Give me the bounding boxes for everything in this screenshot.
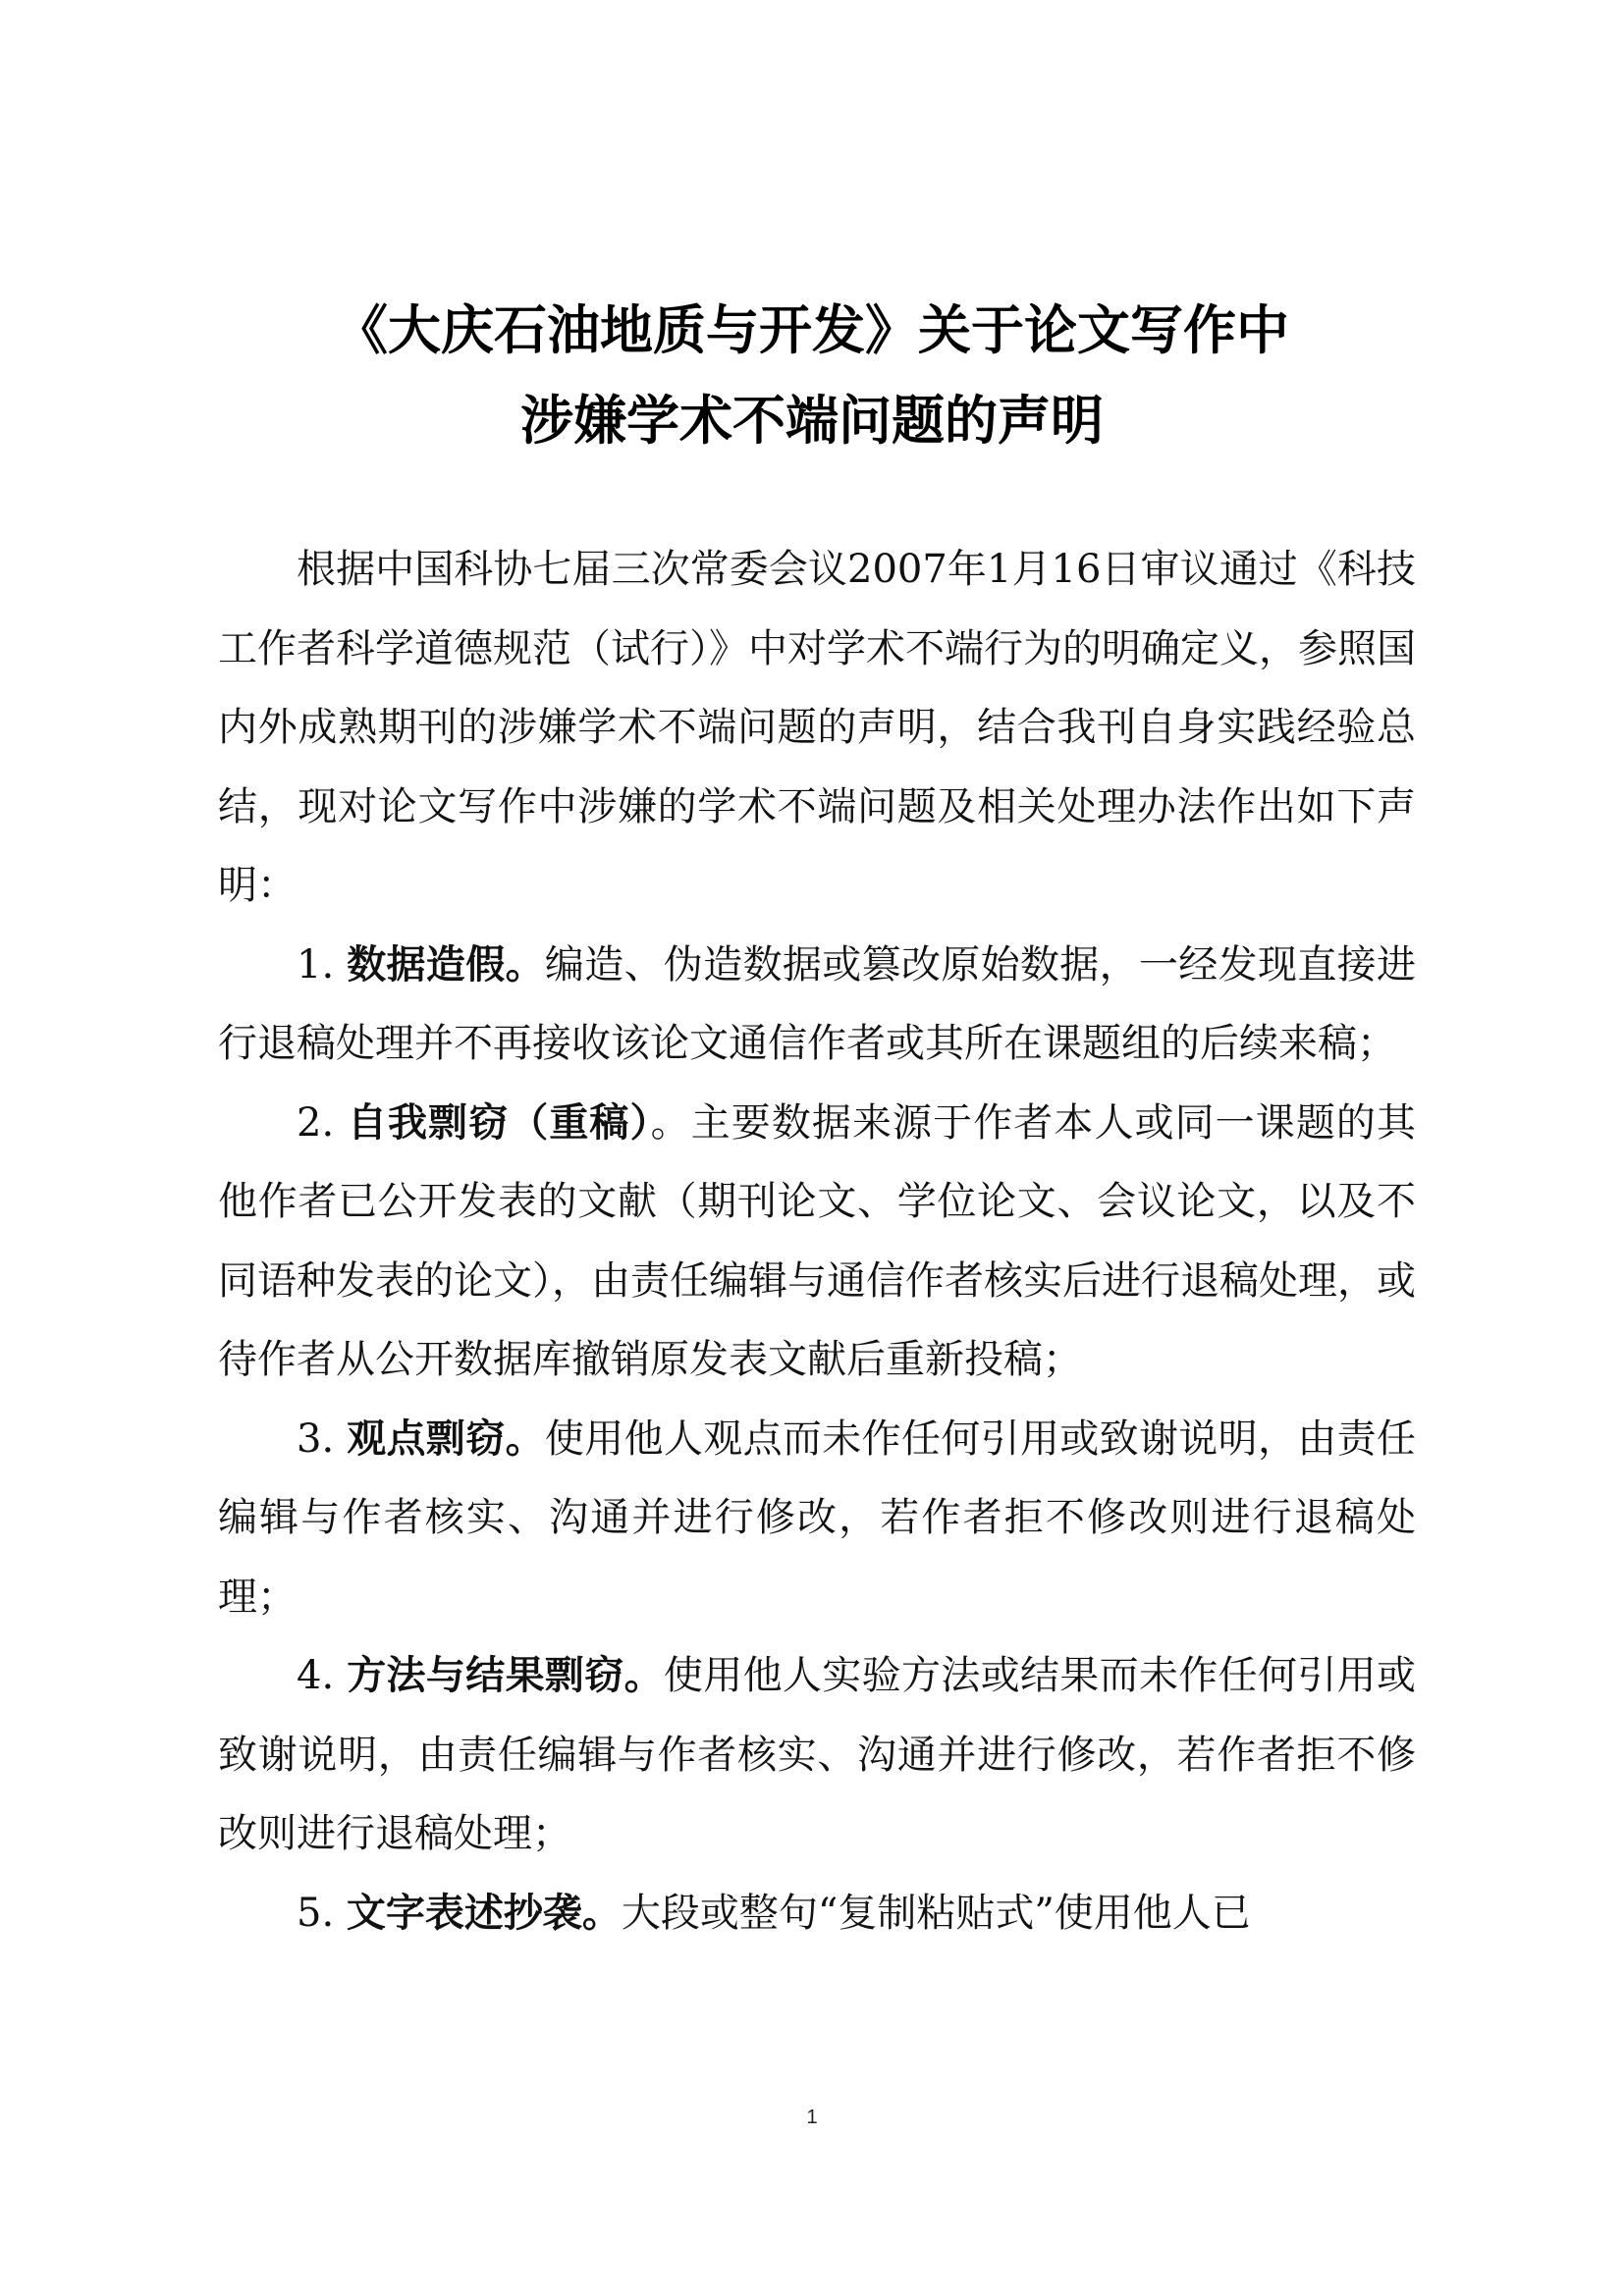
document-page: 《大庆石油地质与开发》关于论文写作中 涉嫌学术不端问题的声明 根据中国科协七届三…: [0, 0, 1624, 2296]
list-item-4: 4. 方法与结果剽窃。使用他人实验方法或结果而未作任何引用或致谢说明，由责任编辑…: [218, 1636, 1416, 1874]
title-line-2: 涉嫌学术不端问题的声明: [0, 375, 1624, 465]
page-number: 1: [0, 2107, 1624, 2129]
item-text: 大段或整句“复制粘贴式”使用他人已: [622, 1891, 1251, 1936]
item-heading: 方法与结果剽窃。: [347, 1653, 664, 1698]
item-number: 4.: [297, 1653, 347, 1698]
item-heading: 自我剽窃（重稿）: [348, 1100, 651, 1146]
item-number: 5.: [297, 1891, 347, 1936]
intro-paragraph: 根据中国科协七届三次常委会议2007年1月16日审议通过《科技工作者科学道德规范…: [218, 530, 1416, 926]
item-number: 2.: [297, 1100, 348, 1146]
item-heading: 文字表述抄袭。: [347, 1891, 622, 1936]
list-item-2: 2. 自我剽窃（重稿）。主要数据来源于作者本人或同一课题的其他作者已公开发表的文…: [218, 1084, 1416, 1400]
title-line-1: 《大庆石油地质与开发》关于论文写作中: [0, 285, 1624, 375]
list-item-1: 1. 数据造假。编造、伪造数据或篡改原始数据，一经发现直接进行退稿处理并不再接收…: [218, 926, 1416, 1084]
list-item-3: 3. 观点剽窃。使用他人观点而未作任何引用或致谢说明，由责任编辑与作者核实、沟通…: [218, 1400, 1416, 1637]
item-heading: 数据造假。: [347, 942, 545, 988]
document-body: 根据中国科协七届三次常委会议2007年1月16日审议通过《科技工作者科学道德规范…: [218, 530, 1416, 1952]
item-number: 3.: [297, 1416, 347, 1462]
item-heading: 观点剽窃。: [347, 1416, 545, 1462]
list-item-5: 5. 文字表述抄袭。大段或整句“复制粘贴式”使用他人已: [218, 1874, 1416, 1953]
item-number: 1.: [297, 942, 347, 988]
document-title: 《大庆石油地质与开发》关于论文写作中 涉嫌学术不端问题的声明: [0, 285, 1624, 465]
